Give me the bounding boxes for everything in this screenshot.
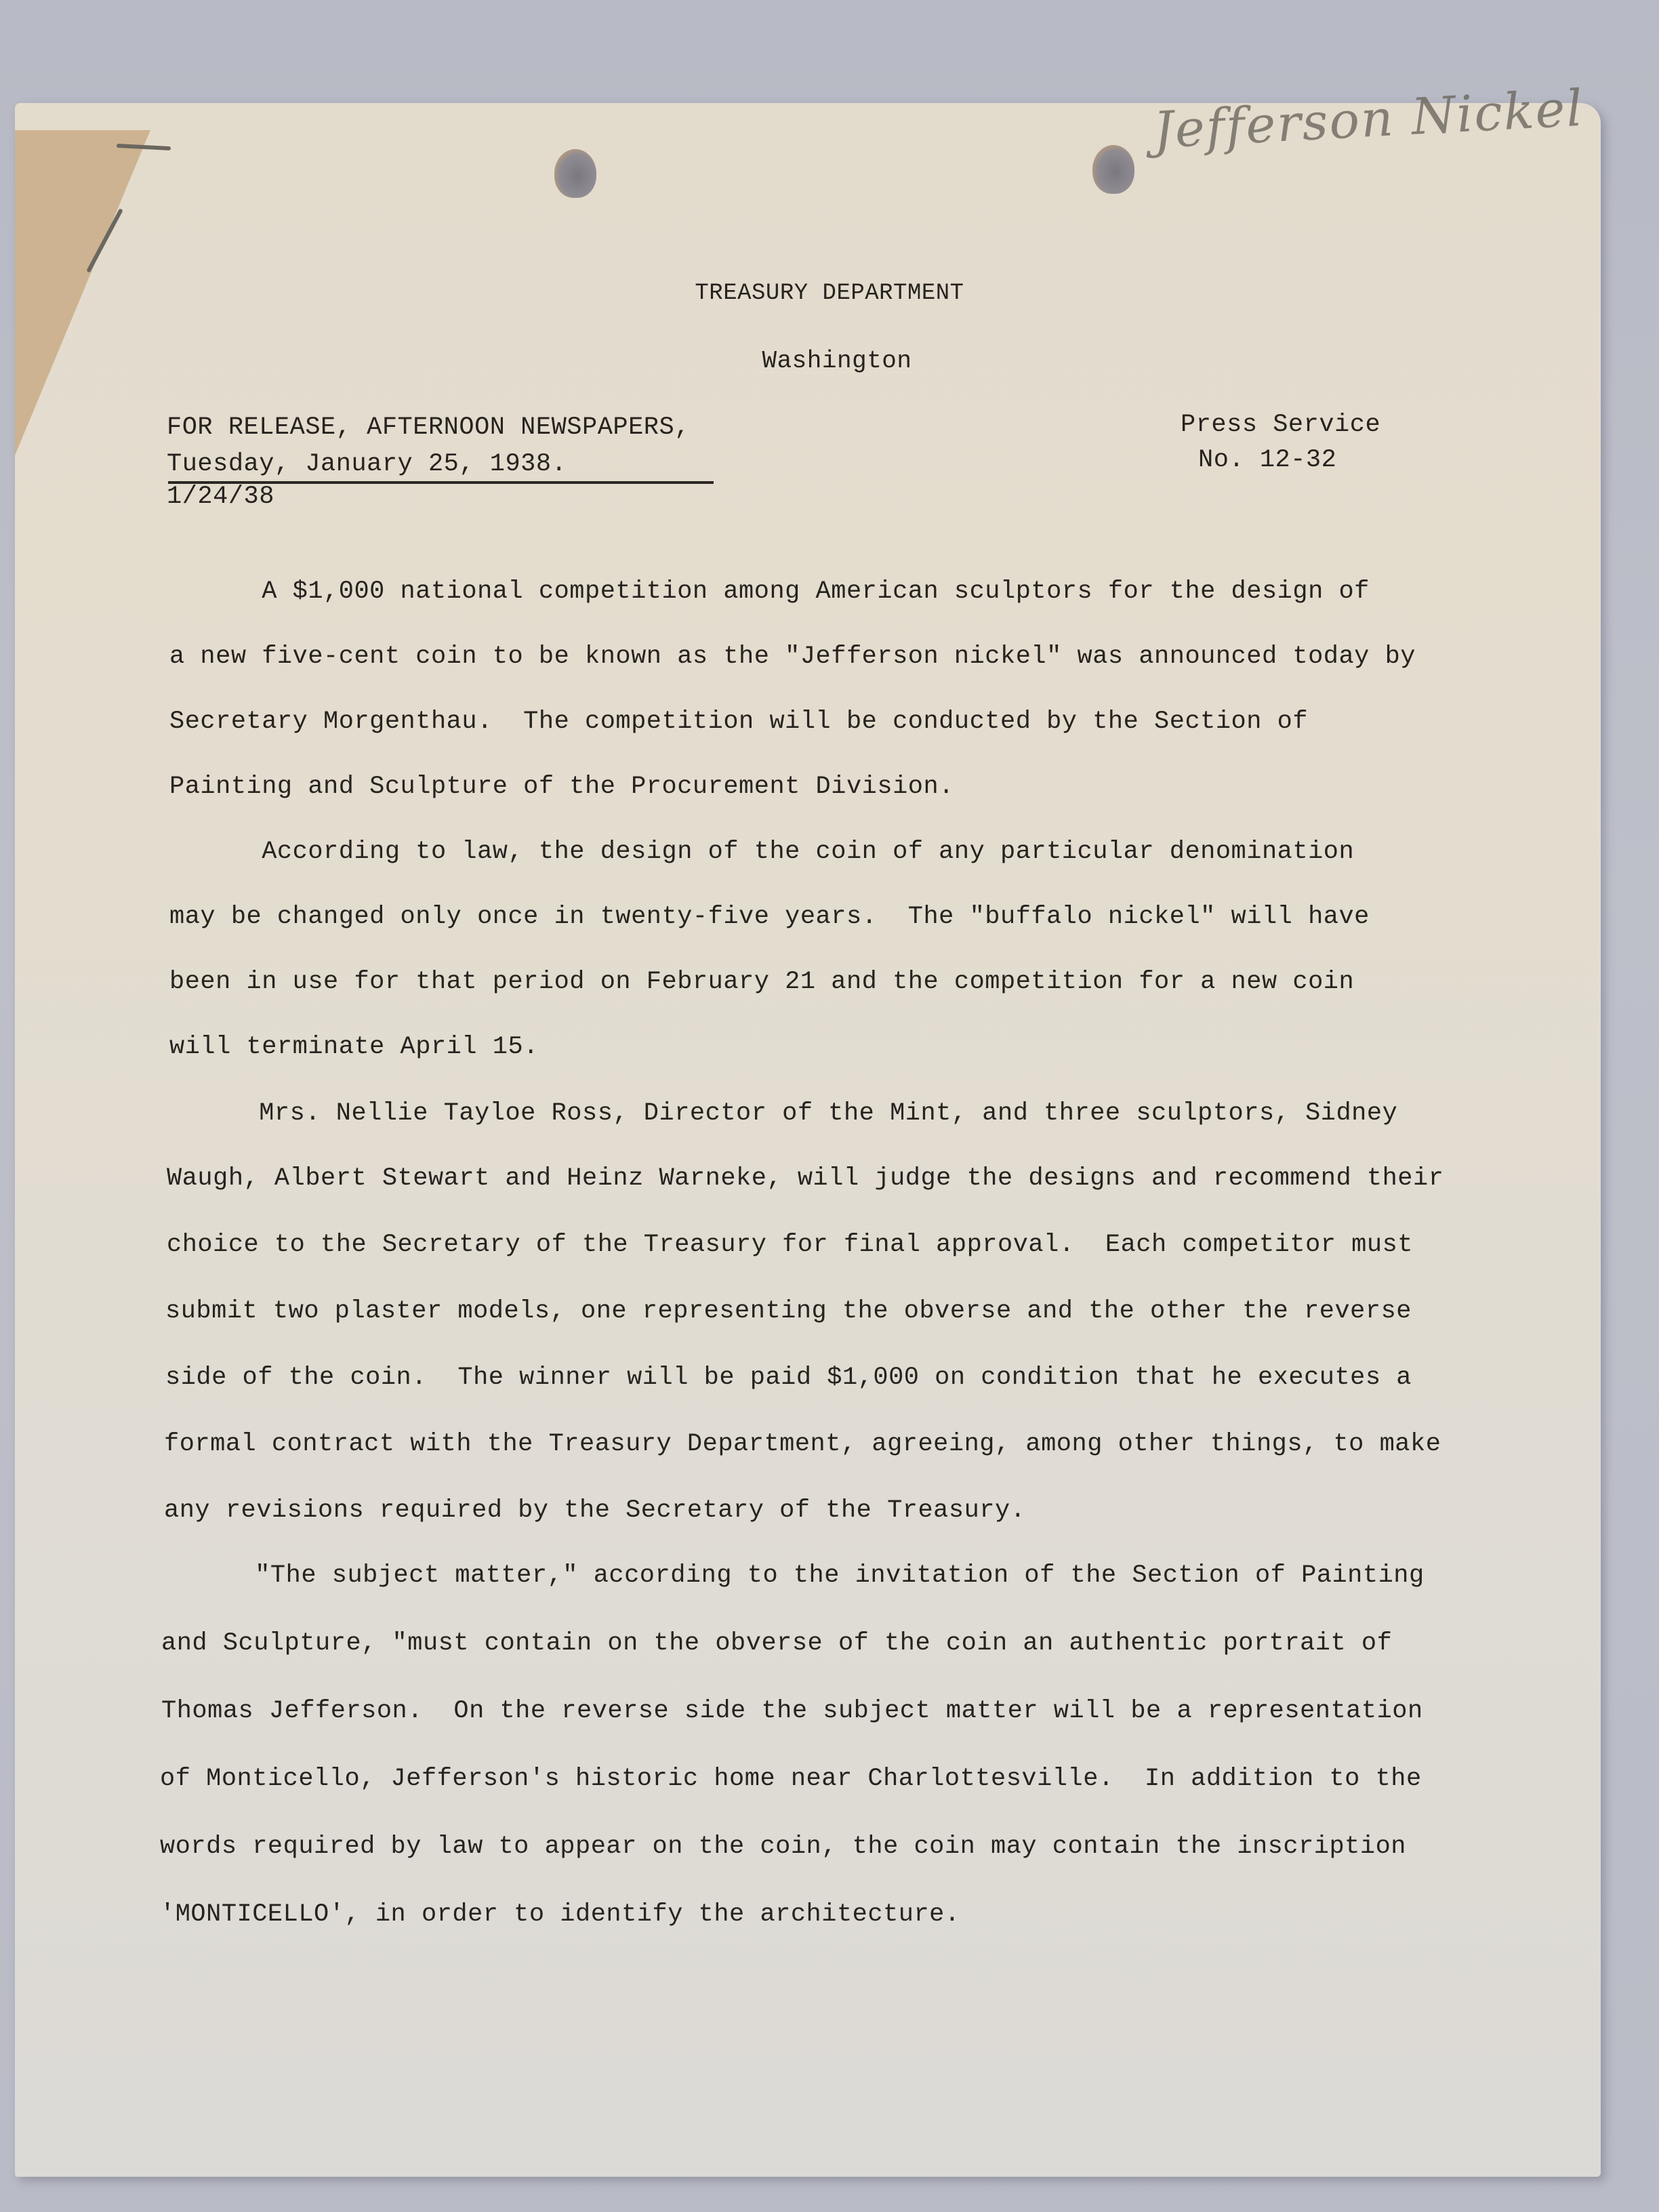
- punch-hole-left: [554, 149, 596, 198]
- body-line: 'MONTICELLO', in order to identify the a…: [160, 1900, 960, 1929]
- punch-hole-right: [1092, 145, 1134, 194]
- press-service-label: Press Service: [1181, 411, 1380, 439]
- staple-mark: [117, 144, 171, 150]
- press-service-number: No. 12-32: [1198, 446, 1336, 474]
- body-line: will terminate April 15.: [169, 1033, 539, 1061]
- body-line: Secretary Morgenthau. The competition wi…: [169, 708, 1308, 736]
- body-line: Mrs. Nellie Tayloe Ross, Director of the…: [167, 1099, 1397, 1128]
- staple-mark: [86, 208, 123, 273]
- body-line: A $1,000 national competition among Amer…: [169, 577, 1370, 606]
- release-instruction: FOR RELEASE, AFTERNOON NEWSPAPERS,: [167, 413, 690, 442]
- body-line: Painting and Sculpture of the Procuremen…: [169, 773, 954, 801]
- body-line: a new five-cent coin to be known as the …: [169, 642, 1416, 671]
- body-line: Waugh, Albert Stewart and Heinz Warneke,…: [167, 1164, 1443, 1193]
- body-line: may be changed only once in twenty-five …: [169, 903, 1370, 931]
- body-line: side of the coin. The winner will be pai…: [165, 1364, 1412, 1392]
- body-line: of Monticello, Jefferson's historic home…: [160, 1765, 1422, 1793]
- body-line: "The subject matter," according to the i…: [163, 1561, 1425, 1590]
- city-heading: Washington: [0, 347, 1659, 375]
- body-line: choice to the Secretary of the Treasury …: [167, 1231, 1413, 1259]
- body-line: formal contract with the Treasury Depart…: [164, 1430, 1441, 1458]
- release-date: Tuesday, January 25, 1938.: [167, 450, 567, 478]
- body-line: Thomas Jefferson. On the reverse side th…: [161, 1697, 1423, 1725]
- body-line: and Sculpture, "must contain on the obve…: [161, 1629, 1392, 1658]
- department-heading: TREASURY DEPARTMENT: [0, 281, 1659, 306]
- body-line: any revisions required by the Secretary …: [164, 1496, 1025, 1525]
- body-line: words required by law to appear on the c…: [160, 1832, 1406, 1861]
- dated-stamp: 1/24/38: [167, 483, 274, 511]
- body-line: According to law, the design of the coin…: [169, 838, 1354, 866]
- body-line: submit two plaster models, one represent…: [165, 1297, 1412, 1326]
- body-line: been in use for that period on February …: [169, 968, 1354, 996]
